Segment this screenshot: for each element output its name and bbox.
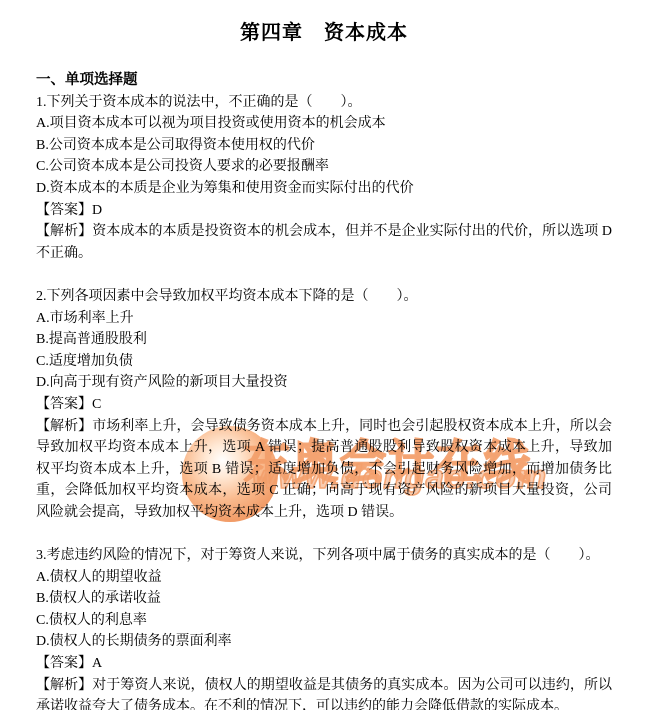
answer-label: 【答案】	[36, 203, 92, 218]
answer-line: 【答案】C	[36, 394, 612, 416]
analysis-text: 资本成本的本质是投资资本的机会成本，但并不是企业实际付出的代价，所以选项 D 不…	[36, 224, 612, 261]
question-block-2: 2.下列各项因素中会导致加权平均资本成本下降的是（ ）。 A.市场利率上升 B.…	[36, 286, 612, 524]
question-stem: 1.下列关于资本成本的说法中，不正确的是（ ）。	[36, 92, 612, 114]
document-page: 东奥会计在线 www.dongao.com 第四章 资本成本 一、单项选择题 1…	[0, 0, 648, 710]
answer-line: 【答案】D	[36, 200, 612, 222]
question-block-3: 3.考虑违约风险的情况下，对于筹资人来说，下列各项中属于债务的真实成本的是（ ）…	[36, 545, 612, 710]
question-stem: 3.考虑违约风险的情况下，对于筹资人来说，下列各项中属于债务的真实成本的是（ ）…	[36, 545, 612, 567]
option-a: A.项目资本成本可以视为项目投资或使用资本的机会成本	[36, 113, 612, 135]
question-stem: 2.下列各项因素中会导致加权平均资本成本下降的是（ ）。	[36, 286, 612, 308]
option-a: A.市场利率上升	[36, 308, 612, 330]
analysis-text: 对于筹资人来说，债权人的期望收益是其债务的真实成本。因为公司可以违约，所以承诺收…	[36, 678, 612, 710]
option-d: D.债权人的长期债务的票面利率	[36, 631, 612, 653]
option-d: D.向高于现有资产风险的新项目大量投资	[36, 372, 612, 394]
analysis-line: 【解析】市场利率上升，会导致债务资本成本上升，同时也会引起股权资本成本上升，所以…	[36, 416, 612, 524]
option-b: B.提高普通股股利	[36, 329, 612, 351]
analysis-line: 【解析】资本成本的本质是投资资本的机会成本，但并不是企业实际付出的代价，所以选项…	[36, 221, 612, 264]
document-content: 第四章 资本成本 一、单项选择题 1.下列关于资本成本的说法中，不正确的是（ ）…	[0, 0, 648, 710]
option-b: B.公司资本成本是公司取得资本使用权的代价	[36, 135, 612, 157]
answer-line: 【答案】A	[36, 653, 612, 675]
chapter-title: 第四章 资本成本	[36, 16, 612, 45]
analysis-line: 【解析】对于筹资人来说，债权人的期望收益是其债务的真实成本。因为公司可以违约，所…	[36, 675, 612, 710]
option-d: D.资本成本的本质是企业为筹集和使用资金而实际付出的代价	[36, 178, 612, 200]
answer-label: 【答案】	[36, 656, 92, 671]
answer-label: 【答案】	[36, 397, 92, 412]
answer-value: C	[92, 397, 101, 412]
option-c: C.公司资本成本是公司投资人要求的必要报酬率	[36, 156, 612, 178]
option-c: C.债权人的利息率	[36, 610, 612, 632]
section-heading: 一、单项选择题	[36, 70, 612, 92]
option-c: C.适度增加负债	[36, 351, 612, 373]
option-a: A.债权人的期望收益	[36, 567, 612, 589]
analysis-text: 市场利率上升，会导致债务资本成本上升，同时也会引起股权资本成本上升，所以会导致加…	[36, 419, 612, 520]
analysis-label: 【解析】	[36, 678, 92, 693]
analysis-label: 【解析】	[36, 224, 92, 239]
question-block-1: 1.下列关于资本成本的说法中，不正确的是（ ）。 A.项目资本成本可以视为项目投…	[36, 92, 612, 265]
analysis-label: 【解析】	[36, 419, 92, 434]
answer-value: A	[92, 656, 102, 671]
option-b: B.债权人的承诺收益	[36, 588, 612, 610]
answer-value: D	[92, 203, 102, 218]
